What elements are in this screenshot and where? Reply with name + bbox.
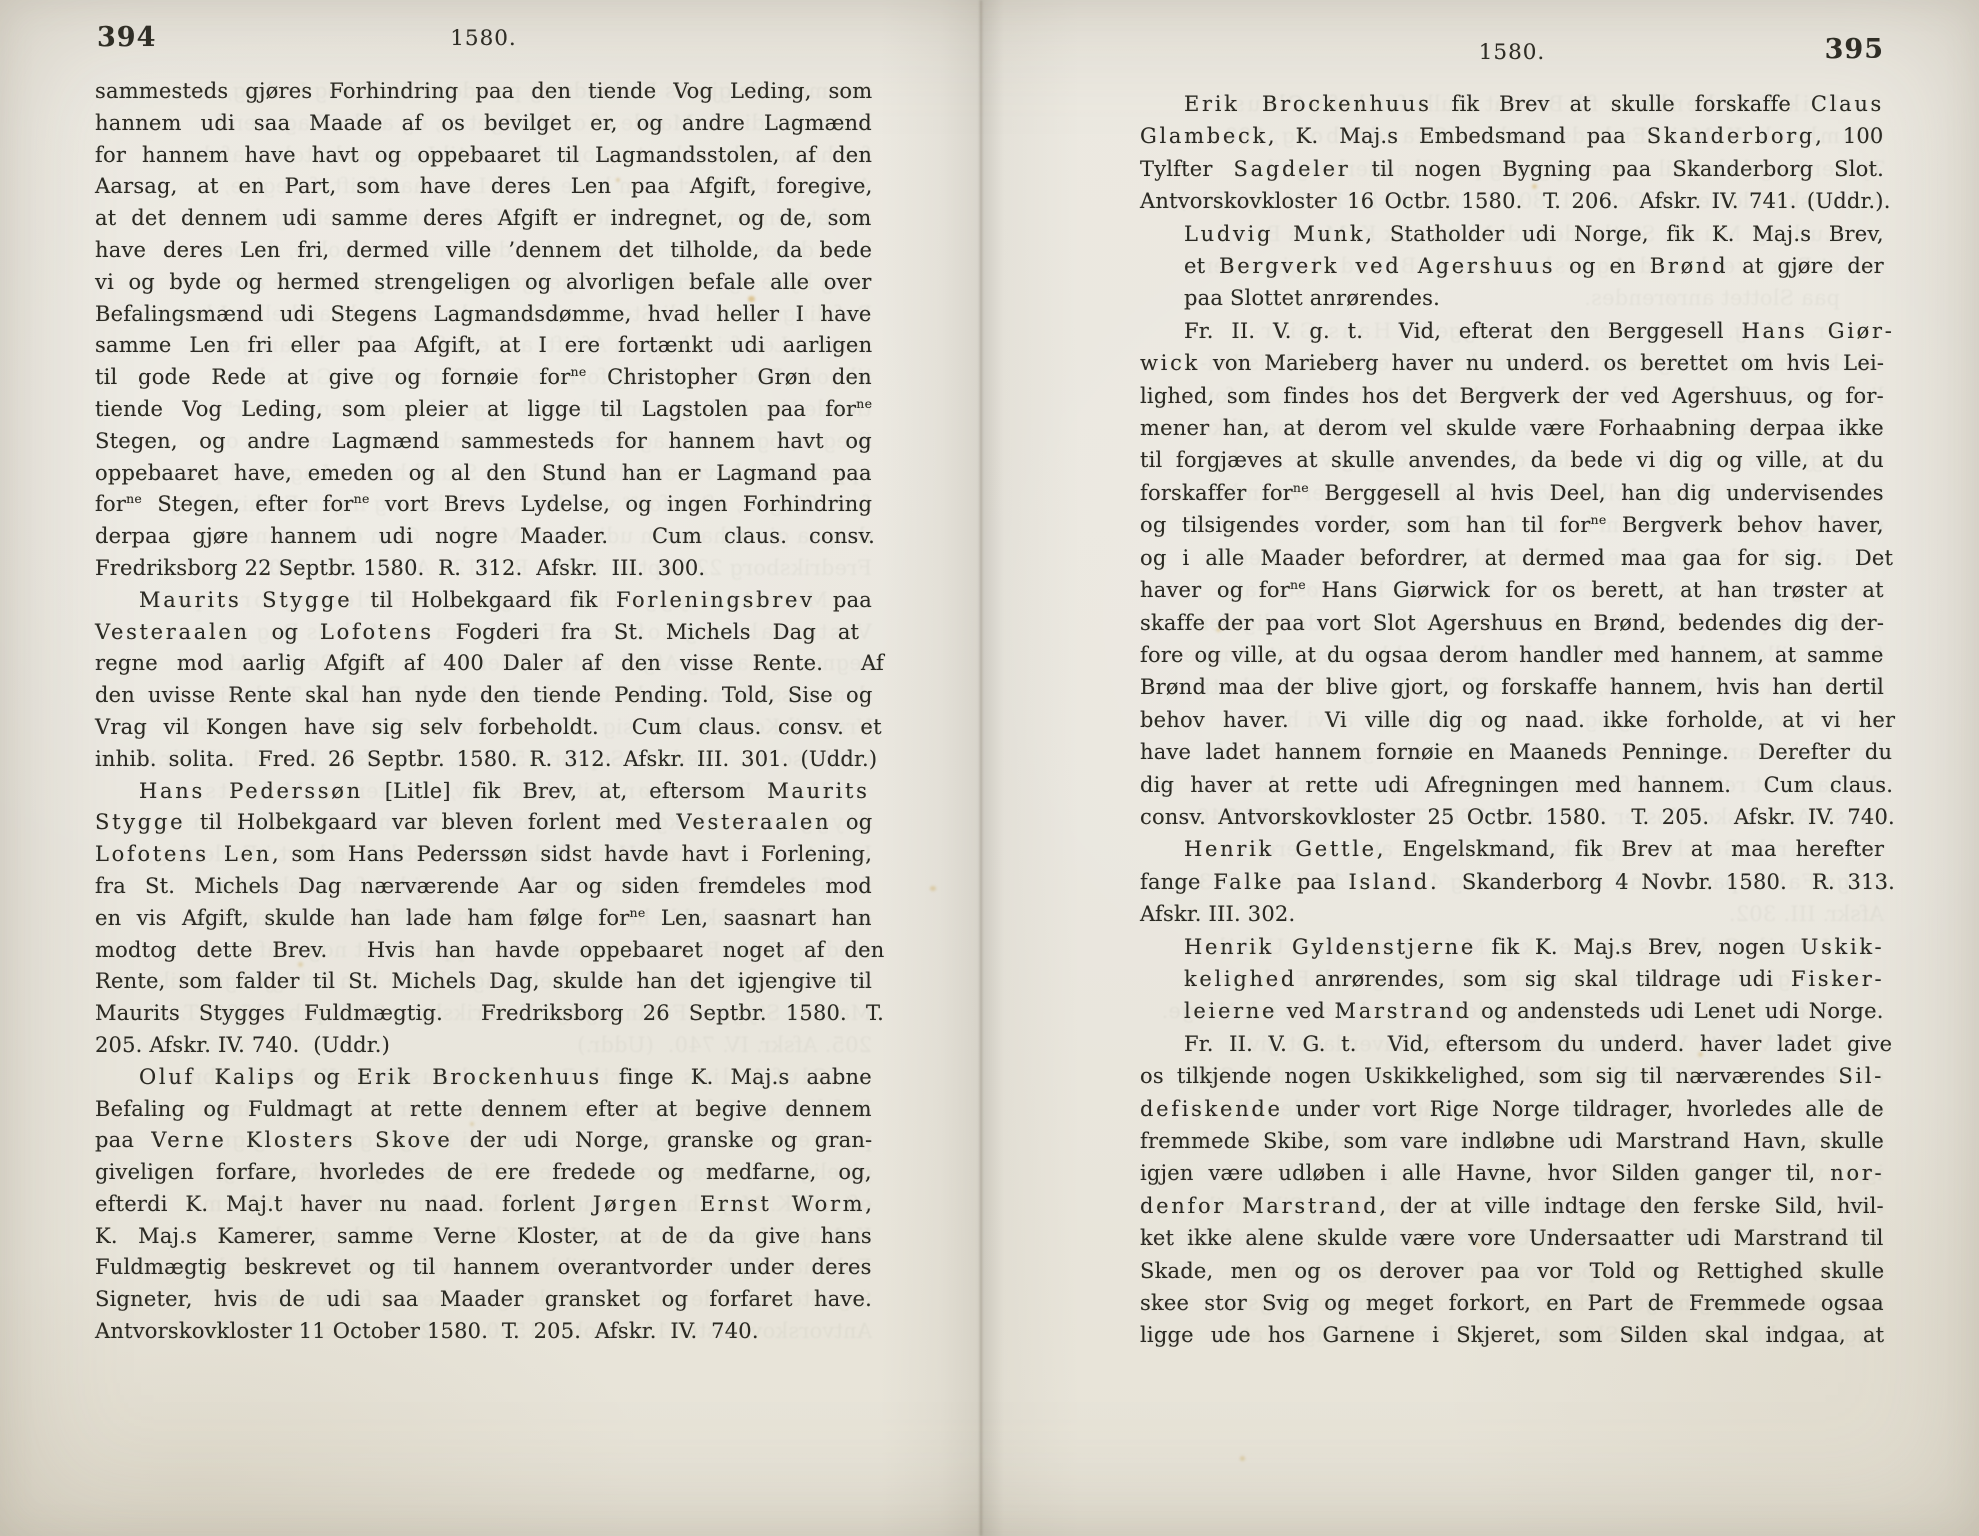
text-line: til gode Rede at give og fornøie forne C… [95, 362, 872, 394]
text-line: Maurits Stygge til Holbekgaard fik Forle… [95, 585, 872, 617]
text-line: fore og ville, at du ogsaa derom handler… [1140, 639, 1884, 671]
text-line: Maurits Stygges Fuldmægtig. Fredriksborg… [95, 998, 872, 1030]
text-line: oppebaaret have, emeden og al den Stund … [95, 458, 872, 490]
foxing-spot [1240, 1456, 1245, 1461]
text-line: kelighed anrørendes, som sig skal tildra… [1140, 963, 1884, 995]
text-line: Signeter, hvis de udi saa Maader granske… [95, 1284, 872, 1316]
text-line: Fr. II. V. g. t. Vid, efterat den Bergge… [1140, 315, 1884, 347]
text-line: consv. Antvorskovkloster 25 Octbr. 1580.… [1140, 801, 1884, 833]
text-line: Fredriksborg 22 Septbr. 1580. R. 312. Af… [95, 553, 872, 585]
text-line: forne Stegen, efter forne vort Brevs Lyd… [95, 489, 872, 521]
book-spread: 394 1580. sammesteds gjøres Forhindring … [0, 0, 1979, 1536]
text-line: Befalingsmænd udi Stegens Lagmandsdømme,… [95, 299, 872, 331]
text-line: sammesteds gjøres Forhindring paa den ti… [95, 76, 872, 108]
text-line: derpaa gjøre hannem udi nogre Maader. Cu… [95, 521, 872, 553]
page-number-right: 395 [1140, 34, 1884, 65]
text-line: mener han, at derom vel skulde være Forh… [1140, 412, 1884, 444]
text-line: giveligen forfare, hvorledes de ere fred… [95, 1157, 872, 1189]
text-line: Vesteraalen og Lofotens Fogderi fra St. … [95, 617, 872, 649]
text-line: Henrik Gyldenstjerne fik K. Maj.s Brev, … [1140, 931, 1884, 963]
gutter-shadow [880, 0, 1080, 1536]
text-line: defiskende under vort Rige Norge tildrag… [1140, 1093, 1884, 1125]
text-line: Aarsag, at en Part, som have deres Len p… [95, 171, 872, 203]
text-line: Brønd maa der blive gjort, og forskaffe … [1140, 671, 1884, 703]
text-line: Lofotens Len, som Hans Pederssøn sidst h… [95, 839, 872, 871]
text-line: lighed, som findes hos det Bergverk der … [1140, 380, 1884, 412]
text-line: tiende Vog Leding, som pleier at ligge t… [95, 394, 872, 426]
text-line: os tilkjende nogen Uskikkelighed, som si… [1140, 1060, 1884, 1092]
running-head-left: 1580. [95, 26, 872, 51]
text-line: efterdi K. Maj.t haver nu naad. forlent … [95, 1189, 872, 1221]
text-line: Oluf Kalips og Erik Brockenhuus finge K.… [95, 1062, 872, 1094]
foxing-spot [930, 886, 936, 891]
text-line: 205. Afskr. IV. 740. (Uddr.) [95, 1030, 872, 1062]
text-line: Rente, som falder til St. Michels Dag, s… [95, 966, 872, 998]
text-line: Erik Brockenhuus fik Brev at skulle fors… [1140, 88, 1884, 120]
text-line: skee stor Svig og meget forkort, en Part… [1140, 1287, 1884, 1319]
text-line: K. Maj.s Kamerer, samme Verne Kloster, a… [95, 1221, 872, 1253]
gutter-crease [980, 0, 982, 1536]
text-line: samme Len fri eller paa Afgift, at I ere… [95, 330, 872, 362]
text-line: og i alle Maader befordrer, at dermed ma… [1140, 542, 1884, 574]
text-line: Henrik Gettle, Engelskmand, fik Brev at … [1140, 833, 1884, 865]
text-line: Fuldmægtig beskrevet og til hannem overa… [95, 1252, 872, 1284]
text-line: Antvorskovkloster 11 October 1580. T. 20… [95, 1316, 872, 1348]
text-line: et Bergverk ved Agershuus og en Brønd at… [1140, 250, 1884, 282]
text-line: wick von Marieberg haver nu underd. os b… [1140, 347, 1884, 379]
text-line: have ladet hannem fornøie en Maaneds Pen… [1140, 736, 1884, 768]
text-line: haver og forne Hans Giørwick for os bere… [1140, 574, 1884, 606]
text-line: Skade, men og os derover paa vor Told og… [1140, 1255, 1884, 1287]
text-line: Afskr. III. 302. [1140, 898, 1884, 930]
text-line: paa Slottet anrørendes. [1140, 282, 1884, 314]
text-line: en vis Afgift, skulde han lade ham følge… [95, 903, 872, 935]
text-line: Hans Pederssøn [Litle] fik Brev, at, eft… [95, 776, 872, 808]
text-line: Tylfter Sagdeler til nogen Bygning paa S… [1140, 153, 1884, 185]
text-line: ket ikke alene skulde være vore Undersaa… [1140, 1222, 1884, 1254]
text-line: og tilsigendes vorder, som han til forne… [1140, 509, 1884, 541]
text-line: Fr. II. V. G. t. Vid, eftersom du underd… [1140, 1028, 1884, 1060]
text-line: ligge ude hos Garnene i Skjeret, som Sil… [1140, 1319, 1884, 1351]
text-line: igjen være udløben i alle Havne, hvor Si… [1140, 1157, 1884, 1189]
text-line: Stegen, og andre Lagmænd sammesteds for … [95, 426, 872, 458]
text-line: forskaffer forne Berggesell al hvis Deel… [1140, 477, 1884, 509]
text-line: leierne ved Marstrand og andensteds udi … [1140, 995, 1884, 1027]
left-column: sammesteds gjøres Forhindring paa den ti… [95, 76, 872, 1348]
text-line: for hannem have havt og oppebaaret til L… [95, 140, 872, 172]
text-line: fra St. Michels Dag nærværende Aar og si… [95, 871, 872, 903]
text-line: at det dennem udi samme deres Afgift er … [95, 203, 872, 235]
right-column: Erik Brockenhuus fik Brev at skulle fors… [1140, 88, 1884, 1352]
text-line: Vrag vil Kongen have sig selv forbeholdt… [95, 712, 872, 744]
text-line: have deres Len fri, dermed ville ’dennem… [95, 235, 872, 267]
text-line: Stygge til Holbekgaard var bleven forlen… [95, 807, 872, 839]
text-line: denfor Marstrand, der at ville indtage d… [1140, 1190, 1884, 1222]
text-line: skaffe der paa vort Slot Agershuus en Br… [1140, 607, 1884, 639]
text-line: fange Falke paa Island. Skanderborg 4 No… [1140, 866, 1884, 898]
text-line: til forgjæves at skulle anvendes, da bed… [1140, 444, 1884, 476]
text-line: paa Verne Klosters Skove der udi Norge, … [95, 1125, 872, 1157]
text-line: dig haver at rette udi Afregningen med h… [1140, 769, 1884, 801]
text-line: regne mod aarlig Afgift af 400 Daler af … [95, 648, 872, 680]
text-line: hannem udi saa Maade af os bevilget er, … [95, 108, 872, 140]
text-line: Befaling og Fuldmagt at rette dennem eft… [95, 1094, 872, 1126]
text-line: Ludvig Munk, Statholder udi Norge, fik K… [1140, 218, 1884, 250]
text-line: fremmede Skibe, som vare indløbne udi Ma… [1140, 1125, 1884, 1157]
text-line: den uvisse Rente skal han nyde den tiend… [95, 680, 872, 712]
text-line: vi og byde og hermed strengeligen og alv… [95, 267, 872, 299]
text-line: Glambeck, K. Maj.s Embedsmand paa Skande… [1140, 120, 1884, 152]
text-line: Antvorskovkloster 16 Octbr. 1580. T. 206… [1140, 185, 1884, 217]
text-line: modtog dette Brev. Hvis han havde oppeba… [95, 935, 872, 967]
text-line: behov haver. Vi ville dig og naad. ikke … [1140, 704, 1884, 736]
text-line: inhib. solita. Fred. 26 Septbr. 1580. R.… [95, 744, 872, 776]
